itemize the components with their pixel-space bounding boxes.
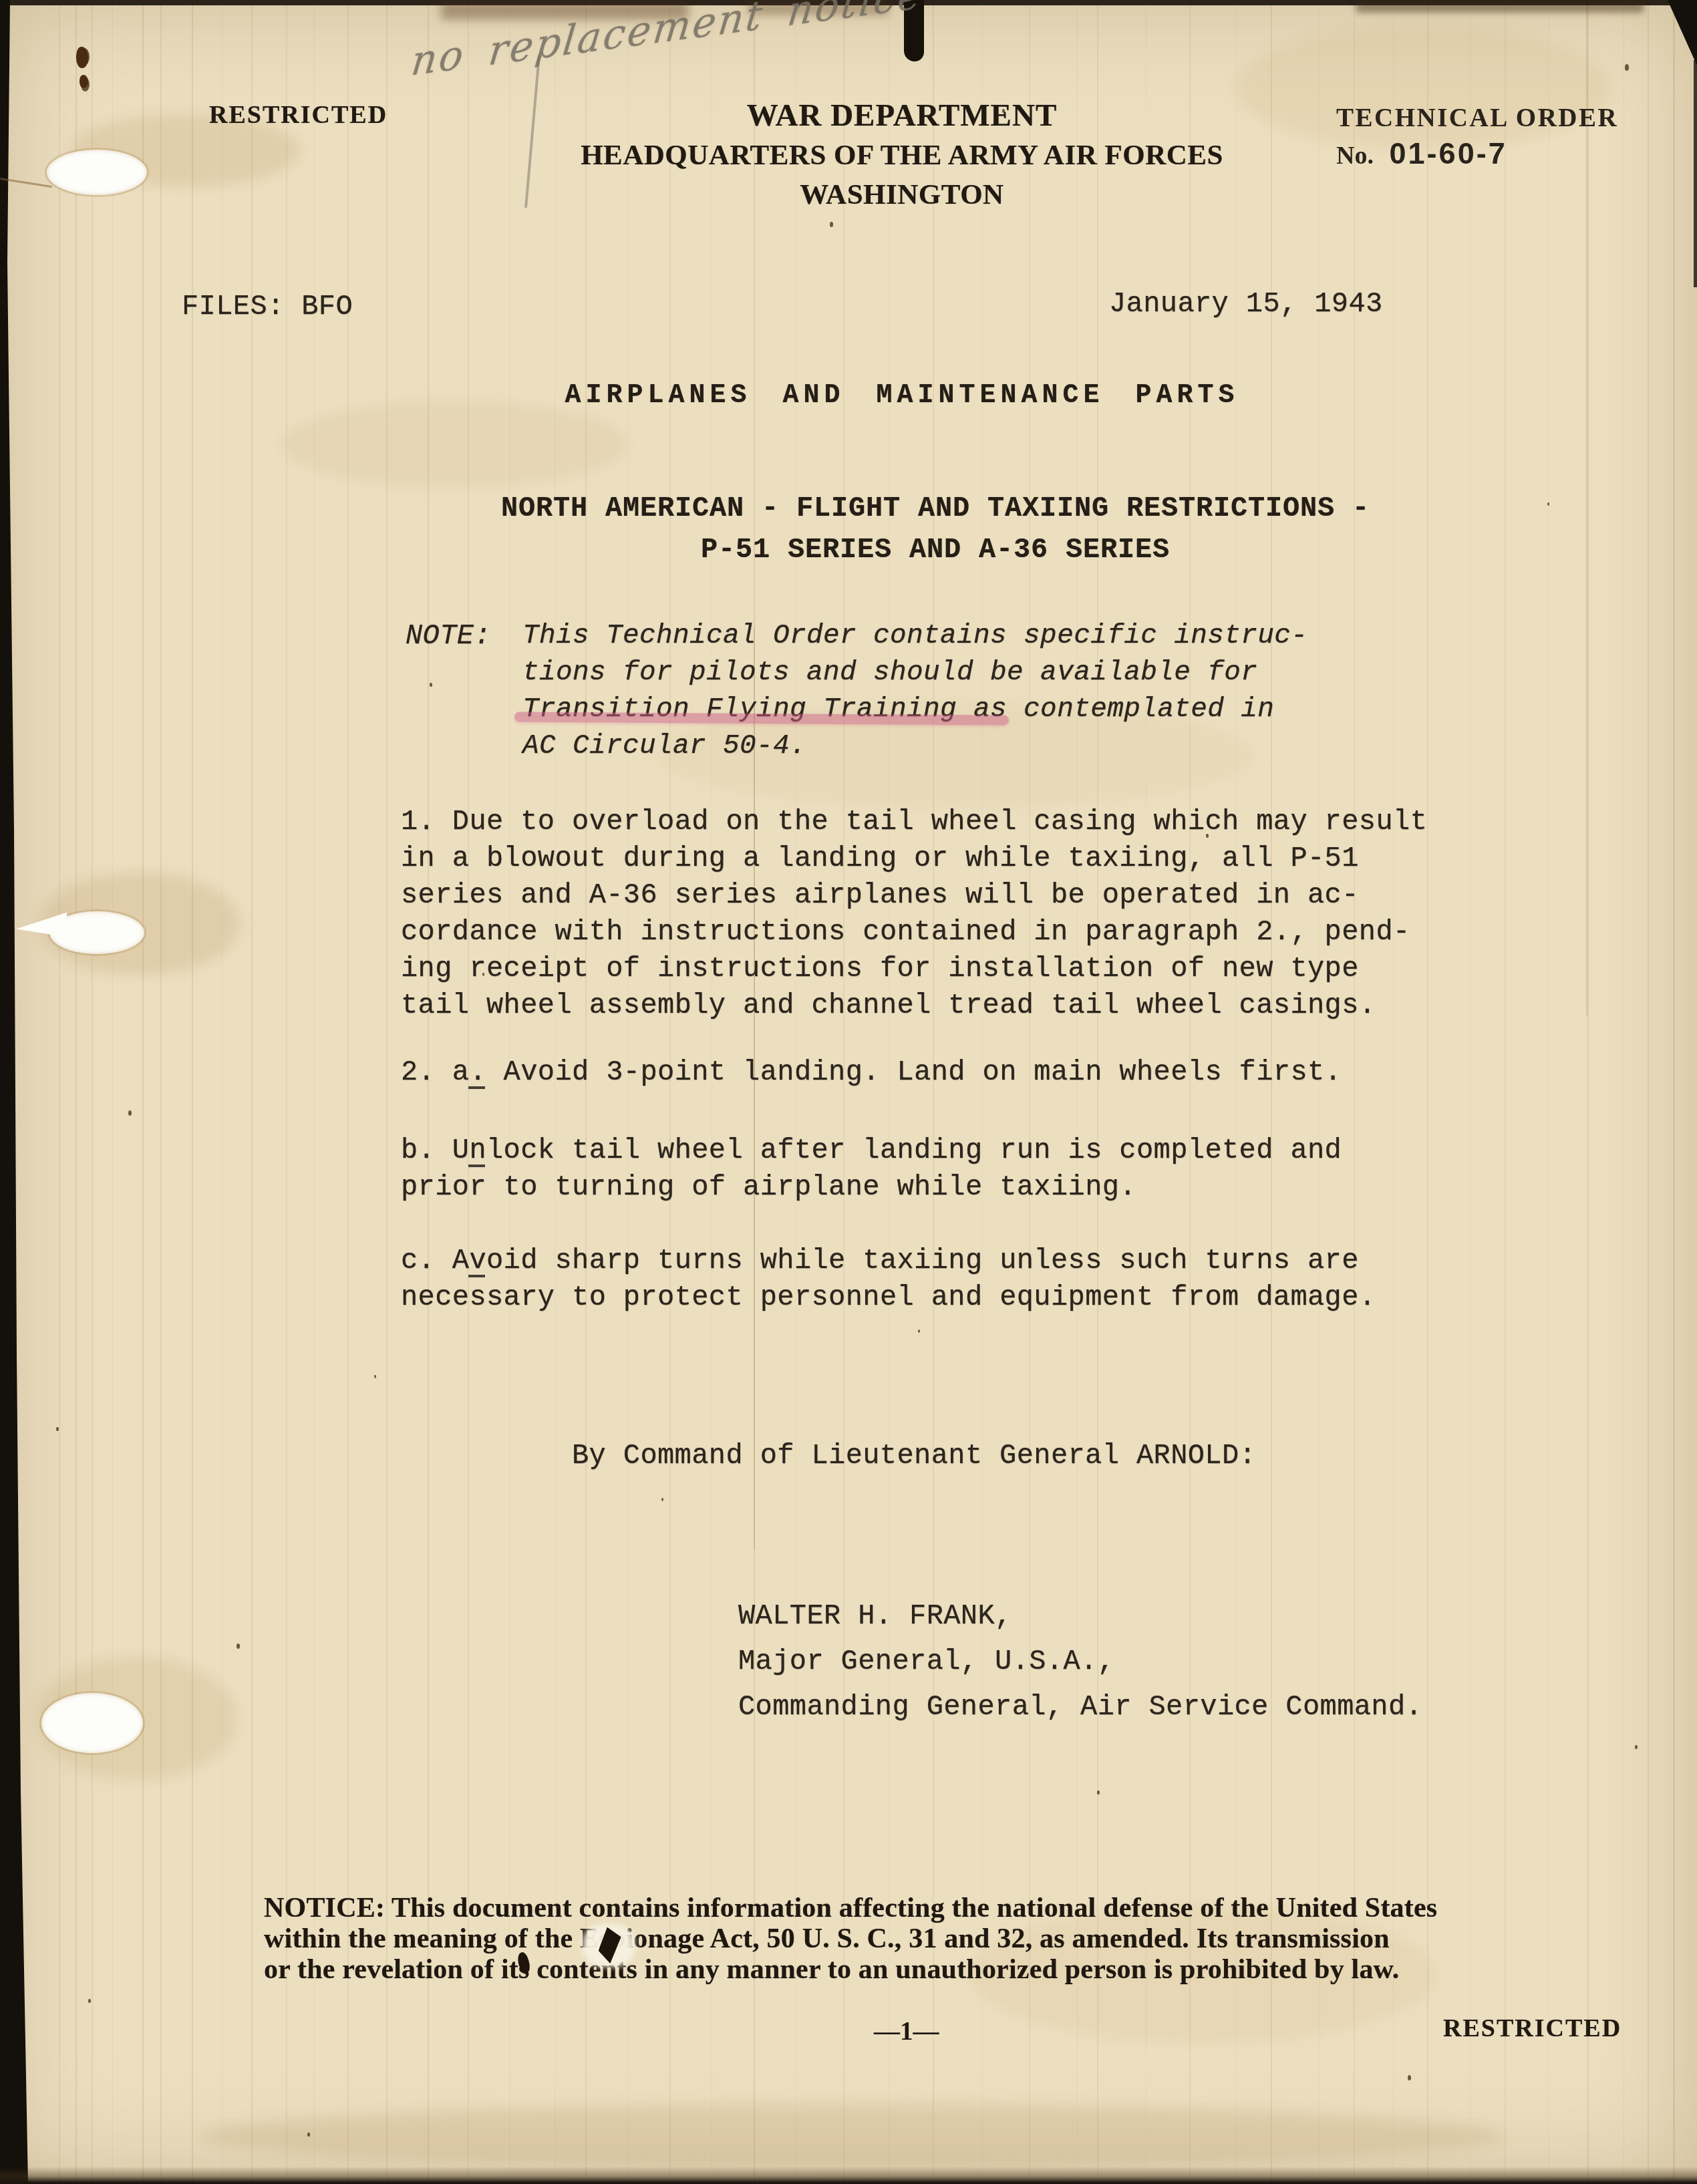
espionage-notice: NOTICE: This document contains informati… xyxy=(264,1893,1573,1985)
paper-line xyxy=(1549,0,1549,2184)
paper-line xyxy=(795,0,796,2184)
paper-line xyxy=(428,0,429,2184)
paper-speck xyxy=(1408,2075,1411,2080)
paper-line xyxy=(712,0,712,2184)
paper-line xyxy=(347,0,349,2184)
paper-line xyxy=(314,0,315,2184)
files-line: FILES: BFO xyxy=(182,289,353,325)
punch-hole-1 xyxy=(47,150,147,195)
classification-bottom: RESTRICTED xyxy=(1443,2014,1622,2043)
paper-speck xyxy=(430,683,432,687)
letterhead: WAR DEPARTMENT HEADQUARTERS OF THE ARMY … xyxy=(498,98,1306,211)
paper-speck xyxy=(1097,1790,1100,1795)
paper-texture xyxy=(0,0,1697,2184)
main-title: AIRPLANES AND MAINTENANCE PARTS xyxy=(565,381,1239,411)
classification-top: RESTRICTED xyxy=(209,100,388,130)
paper-line xyxy=(1587,0,1589,2184)
date-line: January 15, 1943 xyxy=(1109,286,1383,323)
technical-order-no-label: No. xyxy=(1336,142,1374,170)
punch-hole-3 xyxy=(41,1693,143,1753)
underline-c xyxy=(468,1275,485,1277)
page-number: —1— xyxy=(874,2016,939,2046)
ink-spot xyxy=(76,47,88,68)
letterhead-line-3: WASHINGTON xyxy=(498,178,1306,211)
underline-b xyxy=(468,1164,485,1167)
paper-line xyxy=(1624,0,1624,2184)
paper-line xyxy=(1189,0,1191,2184)
signature-name: WALTER H. FRANK, xyxy=(738,1598,1422,1635)
paper-line xyxy=(669,0,671,2184)
paper-line xyxy=(1648,0,1649,2184)
paragraph-2b: b. Unlock tail wheel after landing run i… xyxy=(401,1132,1342,1206)
paper-line xyxy=(75,0,77,2184)
paper-line xyxy=(1427,0,1428,2184)
paper-speck xyxy=(830,222,833,227)
signature-block: WALTER H. FRANK, Major General, U.S.A., … xyxy=(738,1598,1422,1726)
paper-line xyxy=(1271,0,1272,2184)
paper-speck xyxy=(374,1375,376,1378)
paper-line xyxy=(1673,0,1675,2184)
ink-spot xyxy=(80,75,88,88)
letterhead-line-2: HEADQUARTERS OF THE ARMY AIR FORCES xyxy=(498,139,1306,172)
paper-line xyxy=(386,0,388,2184)
paper-speck xyxy=(88,1999,91,2003)
subject-block: NORTH AMERICAN - FLIGHT AND TAXIING REST… xyxy=(444,488,1426,571)
paper-line xyxy=(160,0,162,2184)
paper-line xyxy=(555,0,555,2184)
paper-line xyxy=(843,0,844,2184)
paper-line xyxy=(1470,0,1471,2184)
paper-line xyxy=(509,0,510,2184)
paper-speck xyxy=(661,1498,663,1501)
note-text: This Technical Order contains specific i… xyxy=(522,618,1307,765)
signature-title: Commanding General, Air Service Command. xyxy=(738,1689,1422,1726)
paper-speck xyxy=(1625,64,1629,71)
technical-order-label: TECHNICAL ORDER xyxy=(1336,103,1618,133)
note-label: NOTE: xyxy=(406,618,491,655)
paper-speck xyxy=(1635,1745,1638,1749)
paper-line xyxy=(251,0,253,2184)
paper-speck xyxy=(128,1110,132,1116)
paragraph-1: 1. Due to overload on the tail wheel cas… xyxy=(401,804,1427,1024)
main-title-wrap: AIRPLANES AND MAINTENANCE PARTS xyxy=(434,381,1370,411)
paper-line xyxy=(286,0,287,2184)
paper-line xyxy=(1029,0,1030,2184)
paper-line xyxy=(468,0,469,2184)
paper-line xyxy=(1146,0,1146,2184)
scan-edge-right xyxy=(1694,60,1697,287)
paper-line xyxy=(1097,0,1098,2184)
paper-line xyxy=(585,0,587,2184)
paragraph-2a: 2. a. Avoid 3-point landing. Land on mai… xyxy=(401,1054,1342,1091)
underline-a xyxy=(468,1086,485,1089)
paper-speck xyxy=(237,1644,240,1649)
paper-stain xyxy=(281,401,628,488)
paper-speck xyxy=(1547,502,1549,506)
paper-line xyxy=(142,0,144,2184)
paper-line xyxy=(982,0,983,2184)
paper-line xyxy=(1393,0,1394,2184)
paper-line xyxy=(933,0,934,2184)
signature-rank: Major General, U.S.A., xyxy=(738,1644,1422,1680)
top-edge-smudge-3 xyxy=(1356,1,1644,13)
paper-line xyxy=(92,0,93,2184)
paper-line xyxy=(1077,0,1078,2184)
command-line: By Command of Lieutenant General ARNOLD: xyxy=(572,1438,1256,1474)
paper-speck xyxy=(918,1330,920,1333)
letterhead-line-1: WAR DEPARTMENT xyxy=(498,98,1306,134)
paper-line xyxy=(192,0,193,2184)
document-page: no replacement notice RESTRICTED WAR DEP… xyxy=(0,0,1697,2184)
paper-line xyxy=(1236,0,1237,2184)
paper-stain xyxy=(200,2104,1503,2168)
paper-line xyxy=(1505,0,1506,2184)
technical-order-number: 01-60-7 xyxy=(1390,136,1507,170)
paper-line xyxy=(889,0,889,2184)
paper-line xyxy=(628,0,629,2184)
paragraph-2c: c. Avoid sharp turns while taxiing unles… xyxy=(401,1243,1376,1316)
paper-line xyxy=(1354,0,1355,2184)
paper-line xyxy=(59,0,60,2184)
scan-edge-bottom xyxy=(0,2167,1697,2184)
technical-order-block: TECHNICAL ORDER No. 01-60-7 xyxy=(1336,103,1618,171)
paper-line xyxy=(222,0,222,2184)
paper-line xyxy=(112,0,113,2184)
paper-line xyxy=(1320,0,1320,2184)
